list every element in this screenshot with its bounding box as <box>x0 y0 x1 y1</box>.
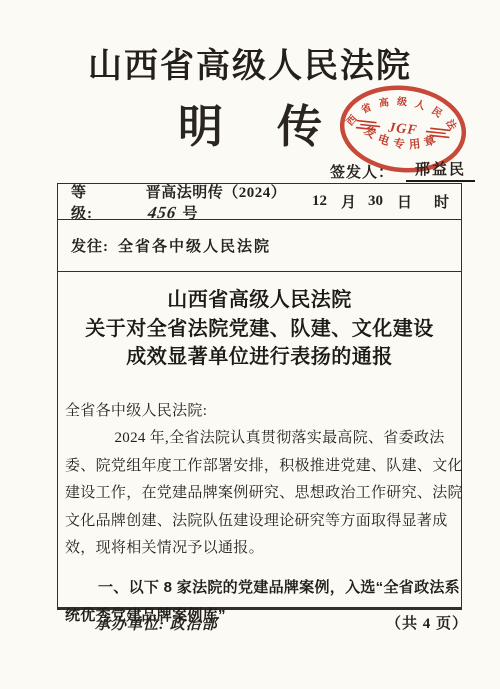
date-group: 12 月 30 日 时 <box>312 191 461 212</box>
body-title-line1: 山西省高级人民法院 <box>58 286 461 315</box>
date-month-value: 12 <box>312 193 327 210</box>
addressee-value: 全省各中级人民法院 <box>118 235 271 256</box>
seal-center-code: JGF <box>387 120 419 138</box>
signer-row: 签发人： 邢益民 <box>330 158 475 182</box>
body-title: 山西省高级人民法院 关于对全省法院党建、队建、文化建设 成效显著单位进行表扬的通… <box>58 286 461 372</box>
salutation: 全省各中级人民法院: <box>65 398 471 426</box>
meta-row-addressee: 发往: 全省各中级人民法院 <box>58 219 461 272</box>
paragraph-main: 2024 年,全省法院认真贯彻落实最高院、省委政法委、院党组年度工作部署安排，积… <box>65 425 471 563</box>
doc-type-char-chuan: 传 <box>277 90 322 155</box>
date-hour-label: 时 <box>434 191 449 212</box>
signer-label: 签发人： <box>330 161 394 182</box>
date-day-value: 30 <box>368 193 383 210</box>
page-count: （共 4 页） <box>386 612 468 633</box>
doc-number-prefix: 晋高法明传（2024） <box>146 185 287 201</box>
undertaker-line: 承办单位: 政治部 <box>95 613 218 634</box>
meta-row-grade: 等级: 晋高法明传（2024）456 号 12 月 30 日 时 <box>58 184 461 220</box>
document-body: 山西省高级人民法院 关于对全省法院党建、队建、文化建设 成效显著单位进行表扬的通… <box>58 271 461 630</box>
document-frame: 等级: 晋高法明传（2024）456 号 12 月 30 日 时 发往: 全省各… <box>57 183 462 610</box>
doc-type-char-ming: 明 <box>178 90 223 155</box>
addressee-label: 发往: <box>71 235 109 256</box>
body-title-line2: 关于对全省法院党建、队建、文化建设 <box>58 315 461 344</box>
seal-flourish-left <box>356 121 381 130</box>
grade-label: 等级: <box>71 181 104 223</box>
org-title: 山西省高级人民法院 <box>0 38 500 87</box>
signer-name: 邢益民 <box>406 158 475 182</box>
body-text: 全省各中级人民法院: 2024 年,全省法院认真贯彻落实最高院、省委政法委、院党… <box>65 398 471 630</box>
undertaker-label: 承办单位: <box>95 617 165 633</box>
body-title-line3: 成效显著单位进行表扬的通报 <box>58 343 461 372</box>
date-month-label: 月 <box>341 191 356 212</box>
undertaker-value: 政治部 <box>170 617 218 633</box>
date-day-label: 日 <box>397 191 412 212</box>
doc-number: 晋高法明传（2024）456 号 <box>146 181 312 223</box>
